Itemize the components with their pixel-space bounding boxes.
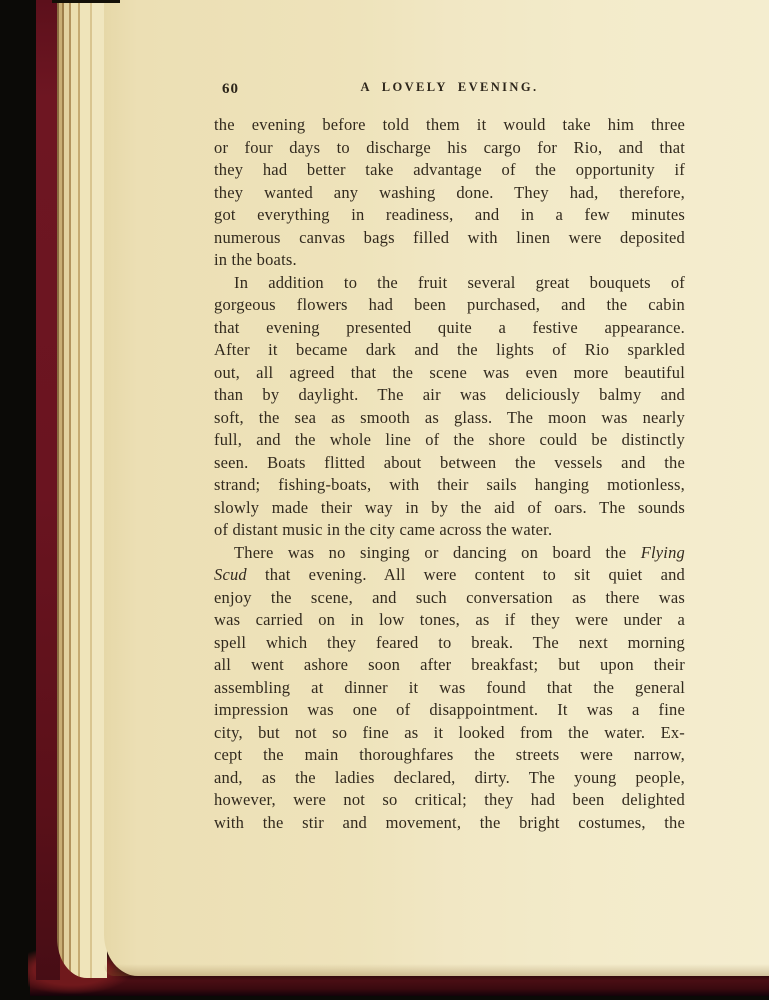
text-line: After it became dark and the lights of R… [214, 339, 685, 362]
text-line: they wanted any washing done. They had, … [214, 182, 685, 205]
text-line: however, were not so critical; they had … [214, 789, 685, 812]
text-line: got everything in readiness, and in a fe… [214, 204, 685, 227]
page-body: the evening before told them it would ta… [214, 114, 685, 834]
text-line: was carried on in low tones, as if they … [214, 609, 685, 632]
text-line: seen. Boats flitted about between the ve… [214, 452, 685, 475]
text-line: of distant music in the city came across… [214, 519, 685, 542]
text-line: and, as the ladies declared, dirty. The … [214, 767, 685, 790]
text-line: strand; fishing-boats, with their sails … [214, 474, 685, 497]
text-line: all went ashore soon after breakfast; bu… [214, 654, 685, 677]
page-top-shadow [52, 0, 120, 3]
text-line: enjoy the scene, and such conversation a… [214, 587, 685, 610]
text-line: slowly made their way in by the aid of o… [214, 497, 685, 520]
text-line: city, but not so fine as it looked from … [214, 722, 685, 745]
text-line: gorgeous flowers had been purchased, and… [214, 294, 685, 317]
text-line: cept the main thoroughfares the streets … [214, 744, 685, 767]
text-line: There was no singing or dancing on board… [214, 542, 685, 565]
text-line: they had better take advantage of the op… [214, 159, 685, 182]
text-line: In addition to the fruit several great b… [214, 272, 685, 295]
text-line: spell which they feared to break. The ne… [214, 632, 685, 655]
page-number: 60 [222, 81, 239, 98]
text-line: assembling at dinner it was found that t… [214, 677, 685, 700]
page-edge-stack [57, 0, 107, 978]
text-line: numerous canvas bags filled with linen w… [214, 227, 685, 250]
text-line: or four days to discharge his cargo for … [214, 137, 685, 160]
text-line: soft, the sea as smooth as glass. The mo… [214, 407, 685, 430]
text-line: full, and the whole line of the shore co… [214, 429, 685, 452]
page-header: 60 A LOVELY EVENING. [214, 80, 685, 100]
text-line: the evening before told them it would ta… [214, 114, 685, 137]
text-line: Scud that evening. All were content to s… [214, 564, 685, 587]
running-header: A LOVELY EVENING. [214, 80, 685, 95]
text-line: than by daylight. The air was deliciousl… [214, 384, 685, 407]
text-line: in the boats. [214, 249, 685, 272]
text-line: with the stir and movement, the bright c… [214, 812, 685, 835]
book-photo: 60 A LOVELY EVENING. the evening before … [0, 0, 769, 1000]
text-line: out, all agreed that the scene was even … [214, 362, 685, 385]
text-line: impression was one of disappointment. It… [214, 699, 685, 722]
text-line: that evening presented quite a festive a… [214, 317, 685, 340]
